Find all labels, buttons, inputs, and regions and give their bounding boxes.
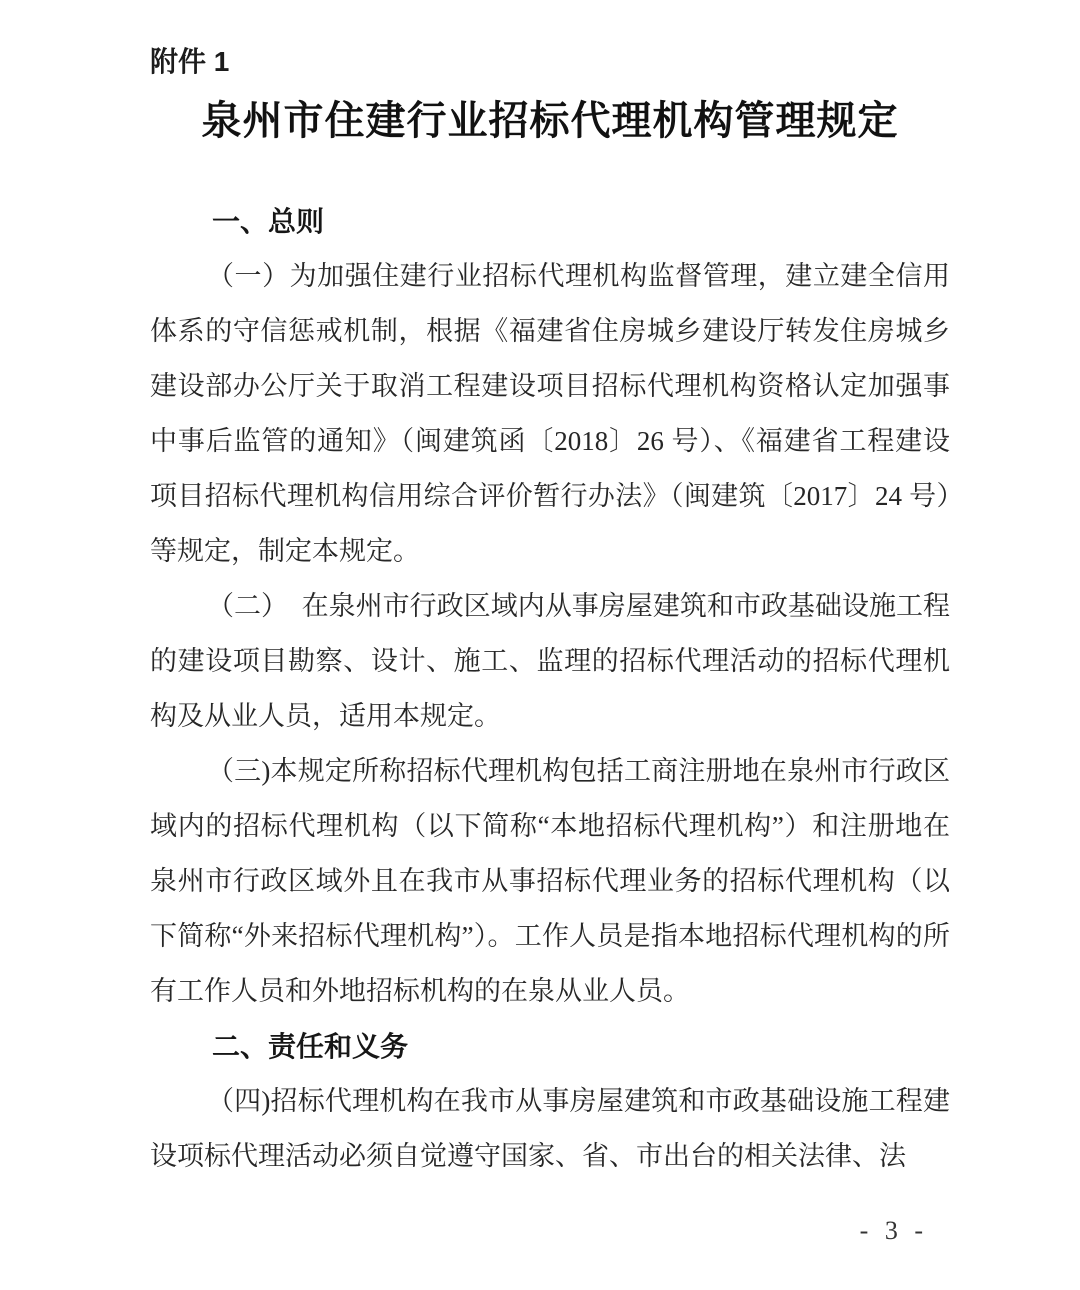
document-body: 一、总则 （一）为加强住建行业招标代理机构监督管理，建立建全信用体系的守信惩戒机… — [150, 194, 950, 1184]
paragraph-4: （四)招标代理机构在我市从事房屋建筑和市政基础设施工程建设项标代理活动必须自觉遵… — [150, 1074, 950, 1184]
attachment-label: 附件 1 — [150, 44, 950, 80]
paragraph-2: （二） 在泉州市行政区域内从事房屋建筑和市政基础设施工程的建设项目勘察、设计、施… — [150, 579, 950, 744]
paragraph-1: （一）为加强住建行业招标代理机构监督管理，建立建全信用体系的守信惩戒机制，根据《… — [150, 249, 950, 579]
paragraph-3: （三)本规定所称招标代理机构包括工商注册地在泉州市行政区域内的招标代理机构（以下… — [150, 744, 950, 1019]
section-heading-general-provisions: 一、总则 — [150, 194, 950, 249]
page-number: - 3 - — [860, 1216, 928, 1246]
document-title: 泉州市住建行业招标代理机构管理规定 — [150, 96, 950, 146]
section-heading-responsibilities: 二、责任和义务 — [150, 1019, 950, 1074]
document-content: 附件 1 泉州市住建行业招标代理机构管理规定 一、总则 （一）为加强住建行业招标… — [0, 0, 1080, 1184]
document-page: 附件 1 泉州市住建行业招标代理机构管理规定 一、总则 （一）为加强住建行业招标… — [0, 0, 1080, 1290]
